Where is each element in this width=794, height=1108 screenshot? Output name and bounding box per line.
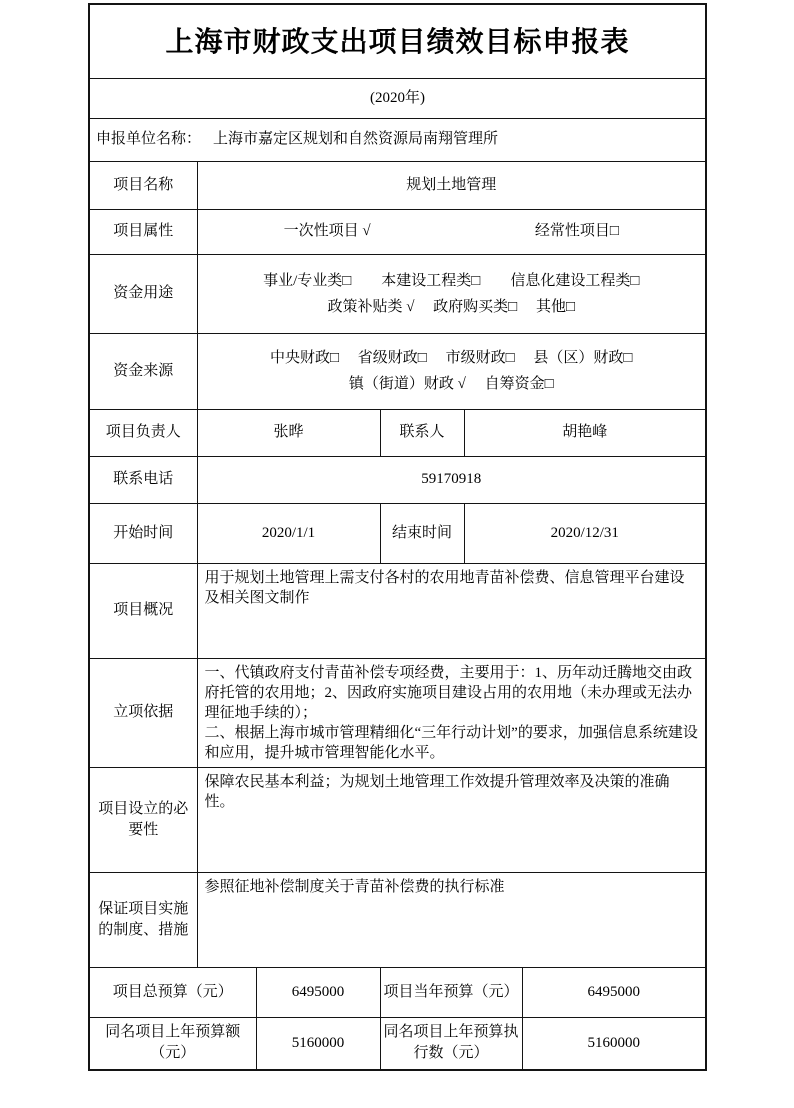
fund-source-label: 资金来源 <box>89 333 197 409</box>
applicant-cell: 申报单位名称：上海市嘉定区规划和自然资源局南翔管理所 <box>89 118 706 161</box>
measures-label: 保证项目实施的制度、措施 <box>89 872 197 967</box>
fund-source-line2: 镇（街道）财政 √ 自筹资金□ <box>202 371 702 397</box>
form-title: 上海市财政支出项目绩效目标申报表 <box>89 4 706 78</box>
start-date-value: 2020/1/1 <box>197 503 380 563</box>
leader-value: 张晔 <box>197 409 380 456</box>
fund-use-line1: 事业/专业类□ 本建设工程类□ 信息化建设工程类□ <box>202 268 702 294</box>
prev-exec-value: 5160000 <box>522 1017 706 1070</box>
end-date-value: 2020/12/31 <box>464 503 706 563</box>
total-budget-label: 项目总预算（元） <box>89 967 256 1017</box>
start-date-label: 开始时间 <box>89 503 197 563</box>
fund-use-options: 事业/专业类□ 本建设工程类□ 信息化建设工程类□ 政策补贴类 √ 政府购买类□… <box>197 254 706 333</box>
fund-source-options: 中央财政□ 省级财政□ 市级财政□ 县（区）财政□ 镇（街道）财政 √ 自筹资金… <box>197 333 706 409</box>
leader-label: 项目负责人 <box>89 409 197 456</box>
necessity-label: 项目设立的必要性 <box>89 767 197 872</box>
necessity-value: 保障农民基本利益；为规划土地管理工作效提升管理效率及决策的准确性。 <box>197 767 706 872</box>
project-name-label: 项目名称 <box>89 161 197 209</box>
total-budget-value: 6495000 <box>256 967 380 1017</box>
basis-value: 一、代镇政府支付青苗补偿专项经费，主要用于：1、历年动迁腾地交由政府托管的农用地… <box>197 658 706 767</box>
project-attribute-label: 项目属性 <box>89 209 197 254</box>
contact-value: 胡艳峰 <box>464 409 706 456</box>
end-date-label: 结束时间 <box>380 503 464 563</box>
current-budget-value: 6495000 <box>522 967 706 1017</box>
fund-use-line2: 政策补贴类 √ 政府购买类□ 其他□ <box>202 294 702 320</box>
fund-use-label: 资金用途 <box>89 254 197 333</box>
project-attribute-options: 一次性项目 √ 经常性项目□ <box>197 209 706 254</box>
measures-value: 参照征地补偿制度关于青苗补偿费的执行标准 <box>197 872 706 967</box>
phone-value: 59170918 <box>197 456 706 503</box>
current-budget-label: 项目当年预算（元） <box>380 967 522 1017</box>
prev-exec-label: 同名项目上年预算执行数（元） <box>380 1017 522 1070</box>
applicant-label: 申报单位名称： <box>96 131 201 147</box>
prev-budget-label: 同名项目上年预算额（元） <box>89 1017 256 1070</box>
overview-value: 用于规划土地管理上需支付各村的农用地青苗补偿费、信息管理平台建设及相关图文制作 <box>197 563 706 658</box>
applicant-value: 上海市嘉定区规划和自然资源局南翔管理所 <box>213 131 498 147</box>
contact-label: 联系人 <box>380 409 464 456</box>
attribute-option-regular: 经常性项目□ <box>535 221 619 242</box>
prev-budget-value: 5160000 <box>256 1017 380 1070</box>
attribute-option-onetime: 一次性项目 √ <box>284 221 371 242</box>
fund-source-line1: 中央财政□ 省级财政□ 市级财政□ 县（区）财政□ <box>202 345 702 371</box>
phone-label: 联系电话 <box>89 456 197 503</box>
overview-label: 项目概况 <box>89 563 197 658</box>
declaration-form: 上海市财政支出项目绩效目标申报表 (2020年) 申报单位名称：上海市嘉定区规划… <box>88 3 707 1071</box>
form-year: (2020年) <box>89 78 706 118</box>
project-name-value: 规划土地管理 <box>197 161 706 209</box>
basis-label: 立项依据 <box>89 658 197 767</box>
